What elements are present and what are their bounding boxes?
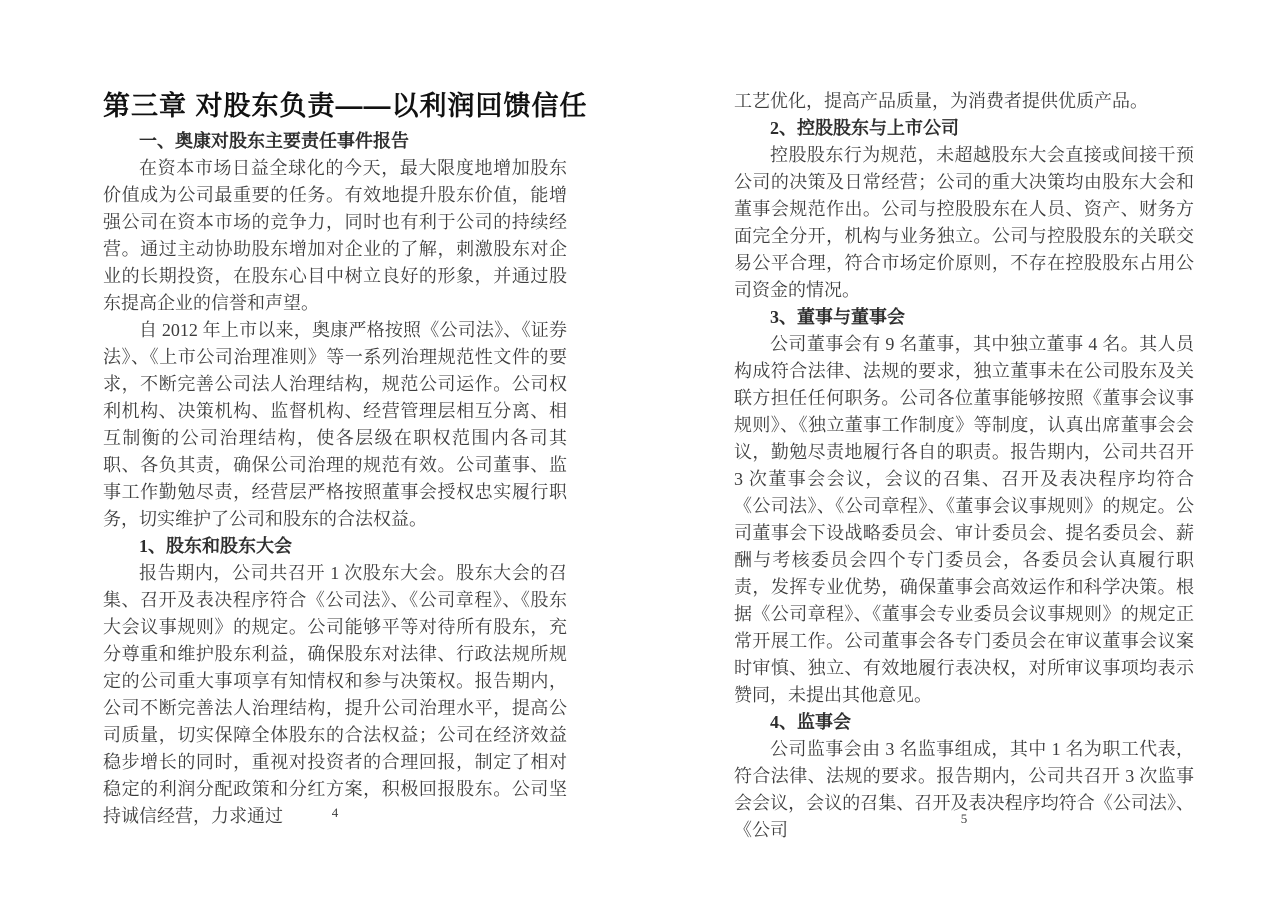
paragraph-continuation: 工艺优化，提高产品质量，为消费者提供优质产品。 — [734, 88, 1194, 115]
top-margin — [734, 0, 1194, 88]
left-page: 第三章 对股东负责——以利润回馈信任 一、奥康对股东主要责任事件报告 在资本市场… — [103, 0, 567, 905]
subsection-heading: 4、监事会 — [734, 709, 1194, 736]
paragraph: 公司监事会由 3 名监事组成，其中 1 名为职工代表，符合法律、法规的要求。报告… — [734, 736, 1194, 844]
paragraph: 控股股东行为规范，未超越股东大会直接或间接干预公司的决策及日常经营；公司的重大决… — [734, 142, 1194, 304]
subsection-heading: 3、董事与董事会 — [734, 304, 1194, 331]
paragraph: 公司董事会有 9 名董事，其中独立董事 4 名。其人员构成符合法律、法规的要求，… — [734, 331, 1194, 709]
section-heading: 一、奥康对股东主要责任事件报告 — [103, 128, 567, 155]
page-number: 5 — [734, 812, 1194, 825]
subsection-heading: 1、股东和股东大会 — [103, 533, 567, 560]
right-page: 工艺优化，提高产品质量，为消费者提供优质产品。 2、控股股东与上市公司 控股股东… — [734, 0, 1194, 905]
subsection-heading: 2、控股股东与上市公司 — [734, 115, 1194, 142]
chapter-title: 第三章 对股东负责——以利润回馈信任 — [103, 90, 567, 122]
page-number: 4 — [103, 806, 567, 819]
paragraph: 报告期内，公司共召开 1 次股东大会。股东大会的召集、召开及表决程序符合《公司法… — [103, 560, 567, 830]
paragraph: 自 2012 年上市以来，奥康严格按照《公司法》、《证券法》、《上市公司治理准则… — [103, 317, 567, 533]
paragraph: 在资本市场日益全球化的今天，最大限度地增加股东价值成为公司最重要的任务。有效地提… — [103, 155, 567, 317]
